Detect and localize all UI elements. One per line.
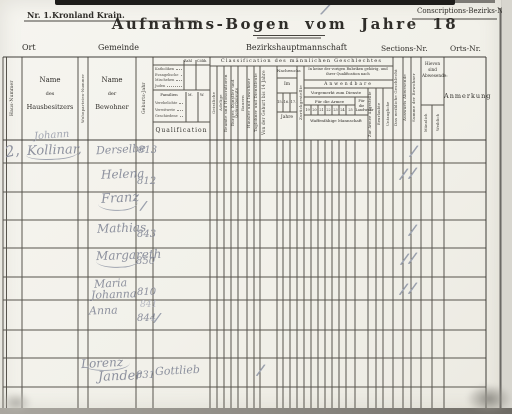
col-dwelling-party-number: Wohnparteien-Nummer [78, 58, 88, 138]
col-remarks: Anmerkung [444, 92, 486, 100]
col-deferred: Zurückgestellte [297, 68, 304, 138]
field-ort-label: Ort [22, 43, 36, 52]
scan-edge-top [55, 0, 455, 5]
hw-resident-name-6b: Johanna [91, 287, 137, 302]
hw-birth-year-7-crossed: 841 [140, 300, 157, 310]
col-absent-away: Auswärts Abwesende [403, 58, 411, 138]
col-unfit: Untaugliche [383, 89, 393, 139]
boxc-qualification-label: Qualification [153, 127, 210, 134]
scan-corner-bottom-left [0, 392, 32, 414]
boxa-row: Juden [155, 84, 183, 88]
class-col-nobility: Adelige [217, 68, 224, 138]
mannschaft-label: Waffenfähige Mannschaft [304, 118, 368, 123]
scan-corner-bottom-right [466, 384, 512, 414]
armee-year-21: 21 [318, 108, 325, 112]
col-total-residents: Summe der Bewohner [411, 58, 421, 138]
boxa-row: Evangelische [155, 73, 183, 77]
hievon-female: Weiblich [432, 106, 444, 139]
hw-birth-year-8: 831 [136, 370, 155, 381]
nachwuchs-year-17: 17. [290, 100, 297, 104]
hw-birth-year-4: 843 [137, 229, 156, 240]
boxb-row: Verehelichte [155, 101, 184, 105]
col-owner-name-3: Hausbesitzers [22, 103, 78, 111]
boxb-row: Verwitwete [155, 108, 184, 112]
hw-birth-year-1: 813 [138, 145, 157, 156]
col-owner-name-2: des [22, 91, 78, 97]
armee-year-20: 20 [311, 108, 318, 112]
field-orts-nr-label: Orts-Nr. [450, 44, 481, 53]
field-bezirkshauptmannschaft-label: Bezirkshauptmannschaft [246, 43, 347, 52]
boxa-col-zahl: Zahl [184, 59, 192, 63]
armee-year-22: 22 [325, 108, 332, 112]
scan-edge-bottom [0, 408, 512, 414]
vorgemerkt-header: Vorgemerkt zum Dienste [304, 90, 368, 95]
col-resident-name-1: Name [88, 76, 136, 84]
nachwuchs-im: Im [277, 82, 297, 87]
armee-year-25: 25 [346, 108, 355, 112]
col-birth-to-14: Von der Geburt bis 14 Jahre [260, 68, 277, 138]
boxa-row: Katholiken [155, 67, 183, 71]
field-gemeinde-label: Gemeinde [98, 43, 139, 52]
hievon-header: Hievon sind Abwesende: [422, 61, 443, 79]
nachwuchs-jahre: Jahre [277, 115, 297, 120]
fuer-armee-header: Für die Armee [304, 99, 355, 104]
class-col-clergy: Geistliche [210, 68, 217, 138]
census-sheet-scan: Nr. 1. Kronland Krain. Conscriptions-Bez… [0, 0, 512, 414]
field-sections-nr-label: Sections-Nr. [381, 44, 428, 53]
form-title: Aufnahms-Bogen vom Jahre 18 [110, 15, 460, 33]
conscription-district-label: Conscriptions-Bezirks-Nr. [417, 7, 508, 15]
hw-birth-year-2: 812 [137, 176, 156, 187]
armee-year-24: 24 [339, 108, 346, 112]
hw-note-gottlieb: Gottlieb [155, 363, 200, 378]
male-classification-header: Classification des männlichen Geschlecht… [210, 58, 393, 64]
document-number: Nr. 1. [27, 10, 52, 20]
hw-birth-year-5: 850 [136, 256, 155, 267]
boxa-col-coelib: Cölib. [197, 59, 207, 63]
col-owner-name-1: Name [22, 76, 78, 84]
boxb-title: Familien [153, 92, 185, 97]
boxb-col-w: W. [200, 93, 204, 97]
anwendbare-header: Anwendbare [304, 82, 393, 87]
class-col-officials: Beamte und Honoratioren [224, 68, 231, 138]
scan-margin-right [502, 0, 512, 414]
hievon-male: Männlich [421, 106, 432, 139]
class-col-farmers: Bauern [238, 68, 247, 138]
nachwuchs-header: Nachwuchs [277, 68, 297, 73]
col-resident-name-3: Bewohner [88, 103, 136, 111]
boxa-row: Mischehen [155, 78, 183, 82]
armee-year-19: 19 [304, 108, 311, 112]
hw-birth-year-6: 810 [137, 287, 156, 298]
fuer-landwehr-header: Für die Landwehr [356, 99, 368, 113]
class-col-burghers: Bürger, Künstler und Gewerbsleute [231, 68, 238, 138]
col-female-sex: Das weibliche Geschlecht [393, 58, 403, 138]
col-on-leave: Beurlaubte [376, 89, 383, 139]
col-assigned-to-army: Zur Armee Abgestellte [368, 89, 376, 139]
scan-edge-top-right [455, 0, 495, 3]
col-resident-name-2: der [88, 91, 136, 97]
hw-resident-name-7: Anna [89, 304, 118, 318]
armee-year-23: 23 [332, 108, 339, 112]
nachwuchs-year-16: 16. [283, 100, 290, 104]
col-house-number: Haus-Nummer [3, 58, 22, 138]
boxb-row: Geschiedene [155, 114, 184, 118]
class-col-cottagers: Häusler und Inwohner [247, 68, 254, 138]
rubrik-header: In keine der vorigen Rubriken gehörig, u… [305, 67, 391, 77]
boxb-col-m: M. [188, 93, 193, 97]
col-birth-year: Geburts-Jahr [136, 58, 153, 138]
